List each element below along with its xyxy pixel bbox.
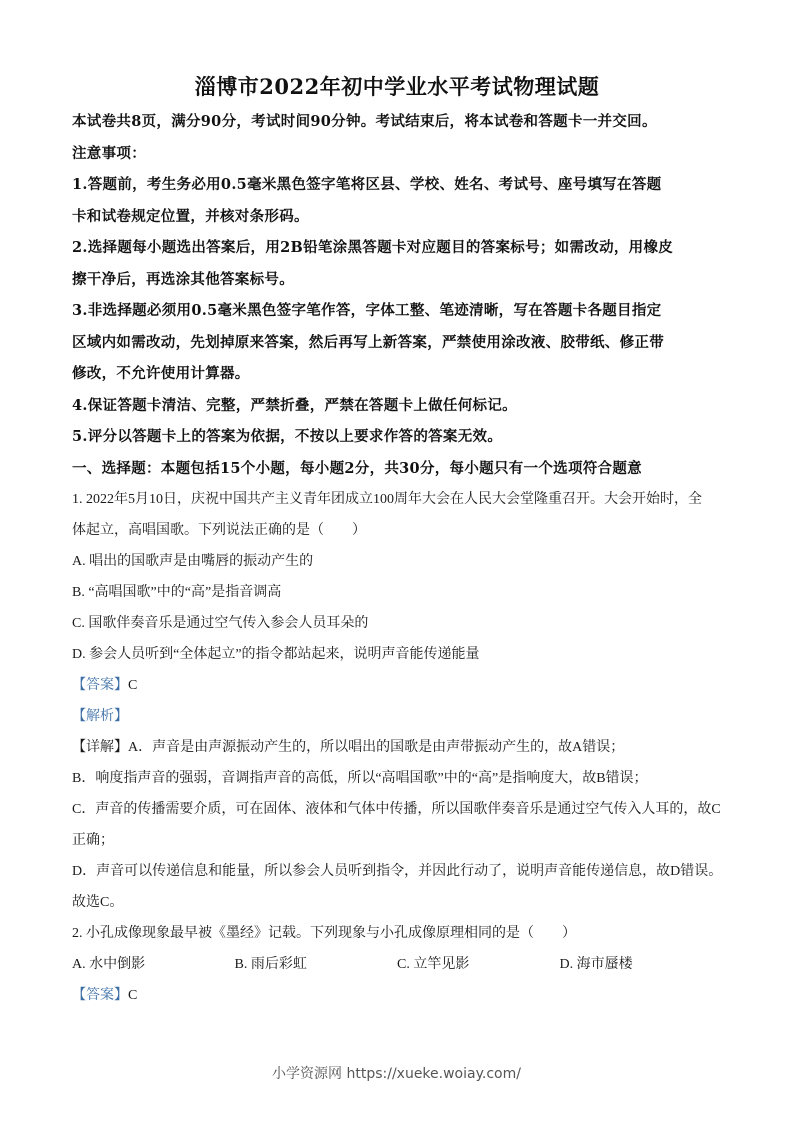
option-d: D. 海市蜃楼 <box>560 949 723 980</box>
answer-value: C <box>128 678 137 693</box>
option-c: C. 立竿见影 <box>397 949 560 980</box>
detail-line: 【详解】A．声音是由声源振动产生的，所以唱出的国歌是由声带振动产生的，故A错误； <box>72 732 722 763</box>
notice-item: 1.答题前，考生务必用0.5毫米黑色签字笔将区县、学校、姓名、考试号、座号填写在… <box>72 169 722 201</box>
notice-heading: 注意事项： <box>72 138 722 170</box>
analysis-label: 【解析】 <box>72 709 128 724</box>
answer-label: 【答案】 <box>72 988 128 1003</box>
notice-item-cont: 擦干净后，再选涂其他答案标号。 <box>72 264 722 296</box>
question-stem: 2. 小孔成像现象最早被《墨经》记载。下列现象与小孔成像原理相同的是（ ） <box>72 918 722 949</box>
notice-item: 5.评分以答题卡上的答案为依据，不按以上要求作答的答案无效。 <box>72 421 722 453</box>
question-stem: 1. 2022年5月10日，庆祝中国共产主义青年团成立100周年大会在人民大会堂… <box>72 484 722 515</box>
question-1: 1. 2022年5月10日，庆祝中国共产主义青年团成立100周年大会在人民大会堂… <box>72 484 722 918</box>
detail-line: D．声音可以传递信息和能量，所以参会人员听到指令，并因此行动了，说明声音能传递信… <box>72 856 722 887</box>
option-d: D. 参会人员听到“全体起立”的指令都站起来，说明声音能传递能量 <box>72 639 722 670</box>
question-stem-cont: 体起立，高唱国歌。下列说法正确的是（ ） <box>72 515 722 546</box>
notice-list: 1.答题前，考生务必用0.5毫米黑色签字笔将区县、学校、姓名、考试号、座号填写在… <box>72 169 722 453</box>
page-title: 淄博市2022年初中学业水平考试物理试题 <box>72 72 722 102</box>
detail-line: B．响度指声音的强弱，音调指声音的高低，所以“高唱国歌”中的“高”是指响度大，故… <box>72 763 722 794</box>
exam-page: 淄博市2022年初中学业水平考试物理试题 本试卷共8页，满分90分，考试时间90… <box>72 72 722 1011</box>
detail-line: 故选C。 <box>72 887 722 918</box>
options-row: A. 水中倒影 B. 雨后彩虹 C. 立竿见影 D. 海市蜃楼 <box>72 949 722 980</box>
notice-item: 3.非选择题必须用0.5毫米黑色签字笔作答，字体工整、笔迹清晰，写在答题卡各题目… <box>72 295 722 327</box>
notice-item-cont: 卡和试卷规定位置，并核对条形码。 <box>72 201 722 233</box>
option-a: A. 唱出的国歌声是由嘴唇的振动产生的 <box>72 546 722 577</box>
answer-line: 【答案】C <box>72 980 722 1011</box>
answer-label: 【答案】 <box>72 678 128 693</box>
option-b: B. 雨后彩虹 <box>235 949 398 980</box>
exam-intro: 本试卷共8页，满分90分，考试时间90分钟。考试结束后，将本试卷和答题卡一并交回… <box>72 106 722 138</box>
footer-watermark: 小学资源网 https://xueke.woiay.com/ <box>0 1063 793 1083</box>
option-a: A. 水中倒影 <box>72 949 235 980</box>
answer-line: 【答案】C <box>72 670 722 701</box>
notice-item: 4.保证答题卡清洁、完整，严禁折叠，严禁在答题卡上做任何标记。 <box>72 390 722 422</box>
option-c: C. 国歌伴奏音乐是通过空气传入参会人员耳朵的 <box>72 608 722 639</box>
notice-item-cont: 修改，不允许使用计算器。 <box>72 358 722 390</box>
analysis-line: 【解析】 <box>72 701 722 732</box>
section-heading: 一、选择题：本题包括15个小题，每小题2分，共30分，每小题只有一个选项符合题意 <box>72 453 722 485</box>
option-b: B. “高唱国歌”中的“高”是指音调高 <box>72 577 722 608</box>
notice-item-cont: 区域内如需改动，先划掉原来答案，然后再写上新答案，严禁使用涂改液、胶带纸、修正带 <box>72 327 722 359</box>
notice-item: 2.选择题每小题选出答案后，用2B铅笔涂黑答题卡对应题目的答案标号；如需改动，用… <box>72 232 722 264</box>
question-2: 2. 小孔成像现象最早被《墨经》记载。下列现象与小孔成像原理相同的是（ ） A.… <box>72 918 722 1011</box>
detail-label: 【详解】 <box>72 740 128 755</box>
detail-line: C．声音的传播需要介质，可在固体、液体和气体中传播，所以国歌伴奏音乐是通过空气传… <box>72 794 722 825</box>
detail-text: A．声音是由声源振动产生的，所以唱出的国歌是由声带振动产生的，故A错误； <box>128 740 624 755</box>
detail-line: 正确； <box>72 825 722 856</box>
answer-value: C <box>128 988 137 1003</box>
